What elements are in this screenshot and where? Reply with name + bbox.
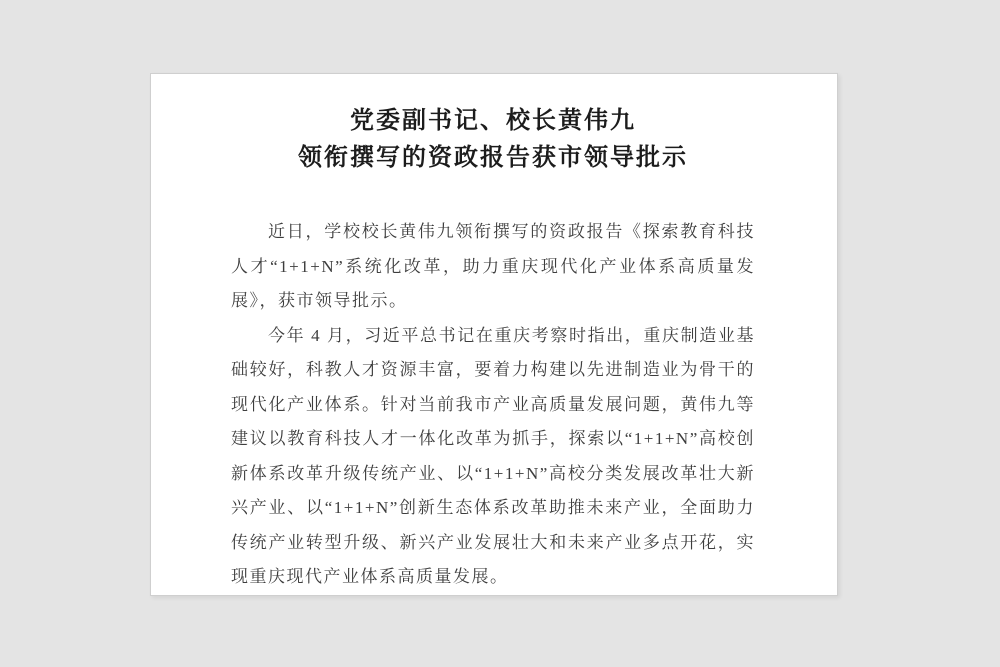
article-title-line-1: 党委副书记、校长黄伟九 [231, 103, 755, 140]
article-title: 党委副书记、校长黄伟九 领衔撰写的资政报告获市领导批示 [231, 103, 755, 177]
article-paragraph-2: 今年 4 月，习近平总书记在重庆考察时指出，重庆制造业基础较好，科教人才资源丰富… [231, 319, 755, 595]
article-paragraph-1: 近日，学校校长黄伟九领衔撰写的资政报告《探索教育科技人才“1+1+N”系统化改革… [231, 215, 755, 319]
article-body: 近日，学校校长黄伟九领衔撰写的资政报告《探索教育科技人才“1+1+N”系统化改革… [231, 215, 755, 595]
desktop-background: { "page": { "background_color": "#e4e4e4… [0, 0, 1000, 667]
article-title-line-2: 领衔撰写的资政报告获市领导批示 [231, 140, 755, 177]
article-content: 党委副书记、校长黄伟九 领衔撰写的资政报告获市领导批示 近日，学校校长黄伟九领衔… [151, 74, 837, 595]
article-page-card: 党委副书记、校长黄伟九 领衔撰写的资政报告获市领导批示 近日，学校校长黄伟九领衔… [150, 73, 838, 596]
